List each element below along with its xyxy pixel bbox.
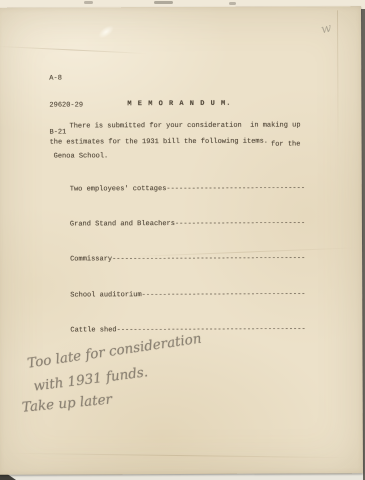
memo-heading: M E M O R A N D U M.: [0, 99, 361, 110]
top-edge-smudge: [229, 2, 236, 5]
estimate-item-label: School auditorium: [70, 291, 141, 299]
top-edge-smudge: [154, 1, 173, 4]
memo-paragraph-line: There is submitted for your consideratio…: [69, 121, 300, 131]
handwritten-note-line: Take up later: [21, 391, 112, 415]
memo-paragraph-line: the estimates for the 1931 bill the foll…: [50, 137, 298, 147]
handwritten-note-line: with 1931 funds.: [33, 364, 149, 394]
paper-crease: [337, 10, 339, 150]
estimate-item: School auditorium-----------------------…: [70, 290, 305, 308]
paper-crease: [9, 453, 349, 458]
estimate-item-label: Two employees' cottages: [70, 185, 167, 193]
estimate-item-dashes: ---------------------------------: [166, 184, 305, 193]
file-code-line: A-8: [49, 74, 83, 83]
corner-pencil-mark: w: [320, 20, 333, 36]
estimate-item-label: Grand Stand and Bleachers: [70, 220, 175, 228]
estimate-item: Grand Stand and Bleachers---------------…: [70, 220, 305, 238]
estimate-item: Two employees' cottages-----------------…: [70, 184, 305, 202]
top-edge-smudge: [84, 1, 93, 4]
memo-paragraph-inserted-text: for the: [271, 140, 300, 148]
estimate-item-label: Cattle shed: [70, 326, 116, 334]
memo-paragraph-line: Genoa School.: [54, 152, 109, 161]
paper-crease: [0, 46, 147, 54]
estimate-item-dashes: -------------------------------: [175, 220, 305, 229]
scanned-memorandum-page: w A-8 29620-29 B-21 M E M O R A N D U M.…: [0, 0, 365, 480]
memo-paper-sheet: w A-8 29620-29 B-21 M E M O R A N D U M.…: [0, 6, 363, 475]
estimate-item-dashes: ---------------------------------------: [142, 290, 306, 299]
memo-paragraph-text: the estimates for the 1931 bill the foll…: [50, 138, 268, 147]
estimate-item-dashes: ----------------------------------------…: [112, 255, 305, 264]
estimate-item-dashes: ----------------------------------------…: [117, 325, 306, 334]
estimate-item-label: Commissary: [70, 256, 112, 264]
estimate-item: Commissary------------------------------…: [70, 255, 305, 273]
paper-crease-highlight: [96, 23, 116, 41]
